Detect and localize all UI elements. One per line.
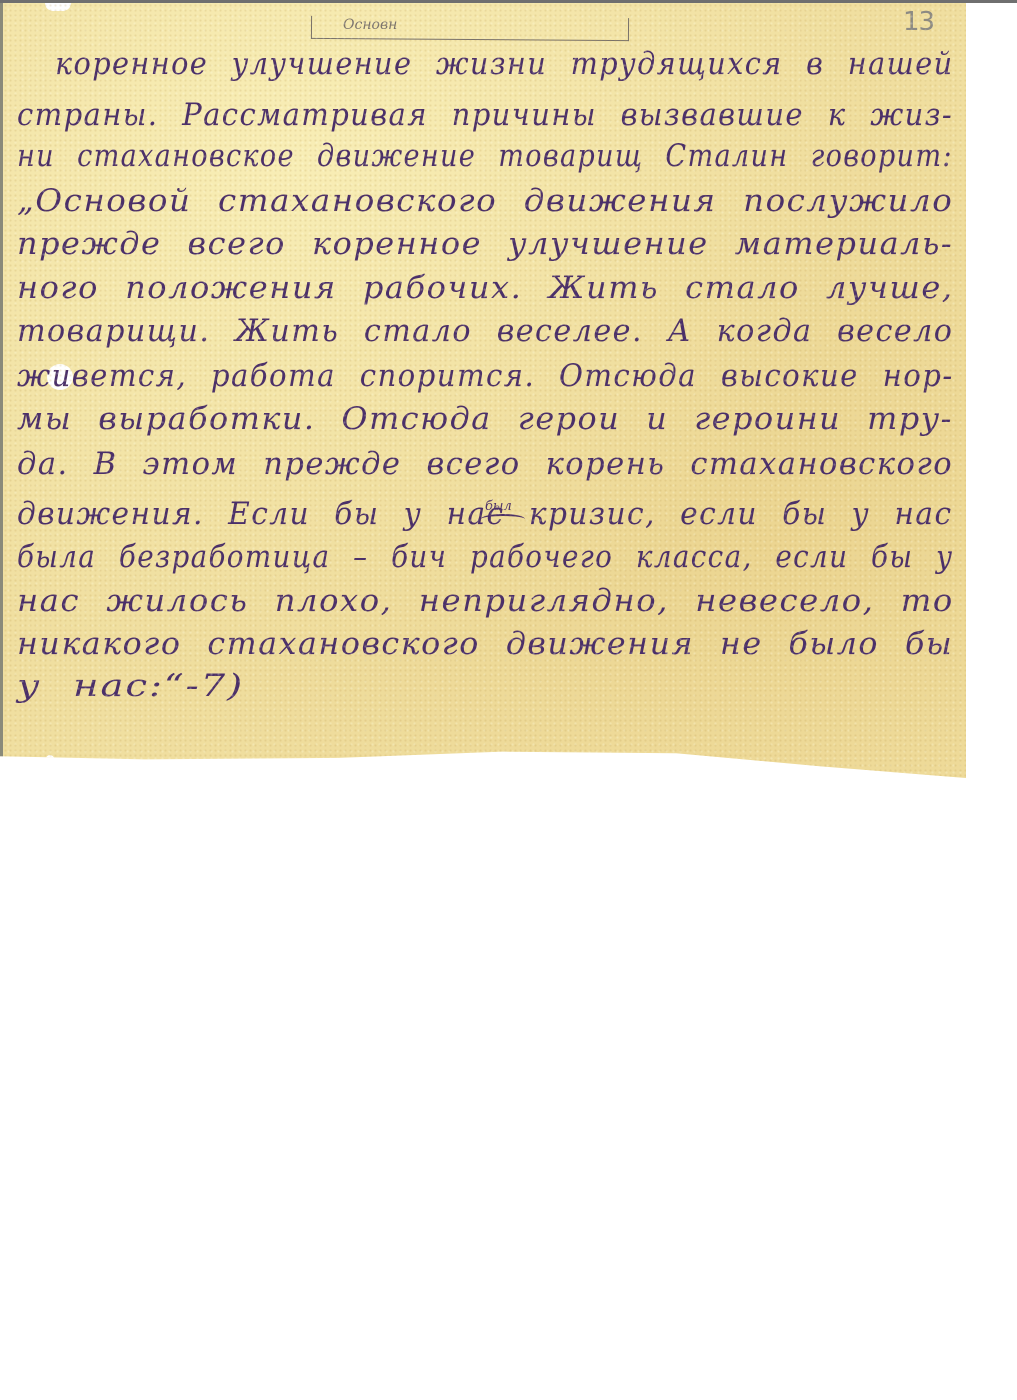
punch-hole	[43, 755, 57, 781]
text-line: коренное улучшение жизни трудящихся в на…	[55, 46, 954, 82]
text-line: мы выработки. Отсюда герои и героини тру…	[17, 401, 953, 437]
page-number: 13	[903, 7, 934, 37]
text-line: ного положения рабочих. Жить стало лучше…	[17, 270, 954, 306]
text-line: у нас:“-7)	[17, 668, 244, 704]
text-line: была безработица – бич рабочего класса, …	[17, 539, 953, 575]
punch-hole-notch	[45, 3, 71, 11]
text-line: живется, работа спорится. Отсюда высокие…	[17, 358, 954, 394]
text-line: движения. Если бы у нас кризис, если бы …	[17, 496, 952, 532]
text-line: нас жилось плохо, неприглядно, невесело,…	[17, 583, 954, 619]
text-line: „Основой стахановского движения послужил…	[17, 183, 953, 219]
text-line: ни стахановское движение товарищ Сталин …	[17, 138, 953, 174]
text-line: страны. Рассматривая причины вызвавшие к…	[17, 97, 953, 133]
text-line: никакого стахановского движения не было …	[17, 626, 953, 662]
scan-frame-edge	[0, 0, 1017, 3]
text-line: прежде всего коренное улучшение материал…	[17, 226, 953, 262]
handwritten-page: Основн 13 коренное улучшение жизни трудя…	[0, 3, 966, 778]
text-line: да. В этом прежде всего корень стахановс…	[17, 446, 953, 482]
text-line: товарищи. Жить стало веселее. А когда ве…	[17, 313, 953, 349]
pencil-heading: Основн	[343, 17, 397, 33]
